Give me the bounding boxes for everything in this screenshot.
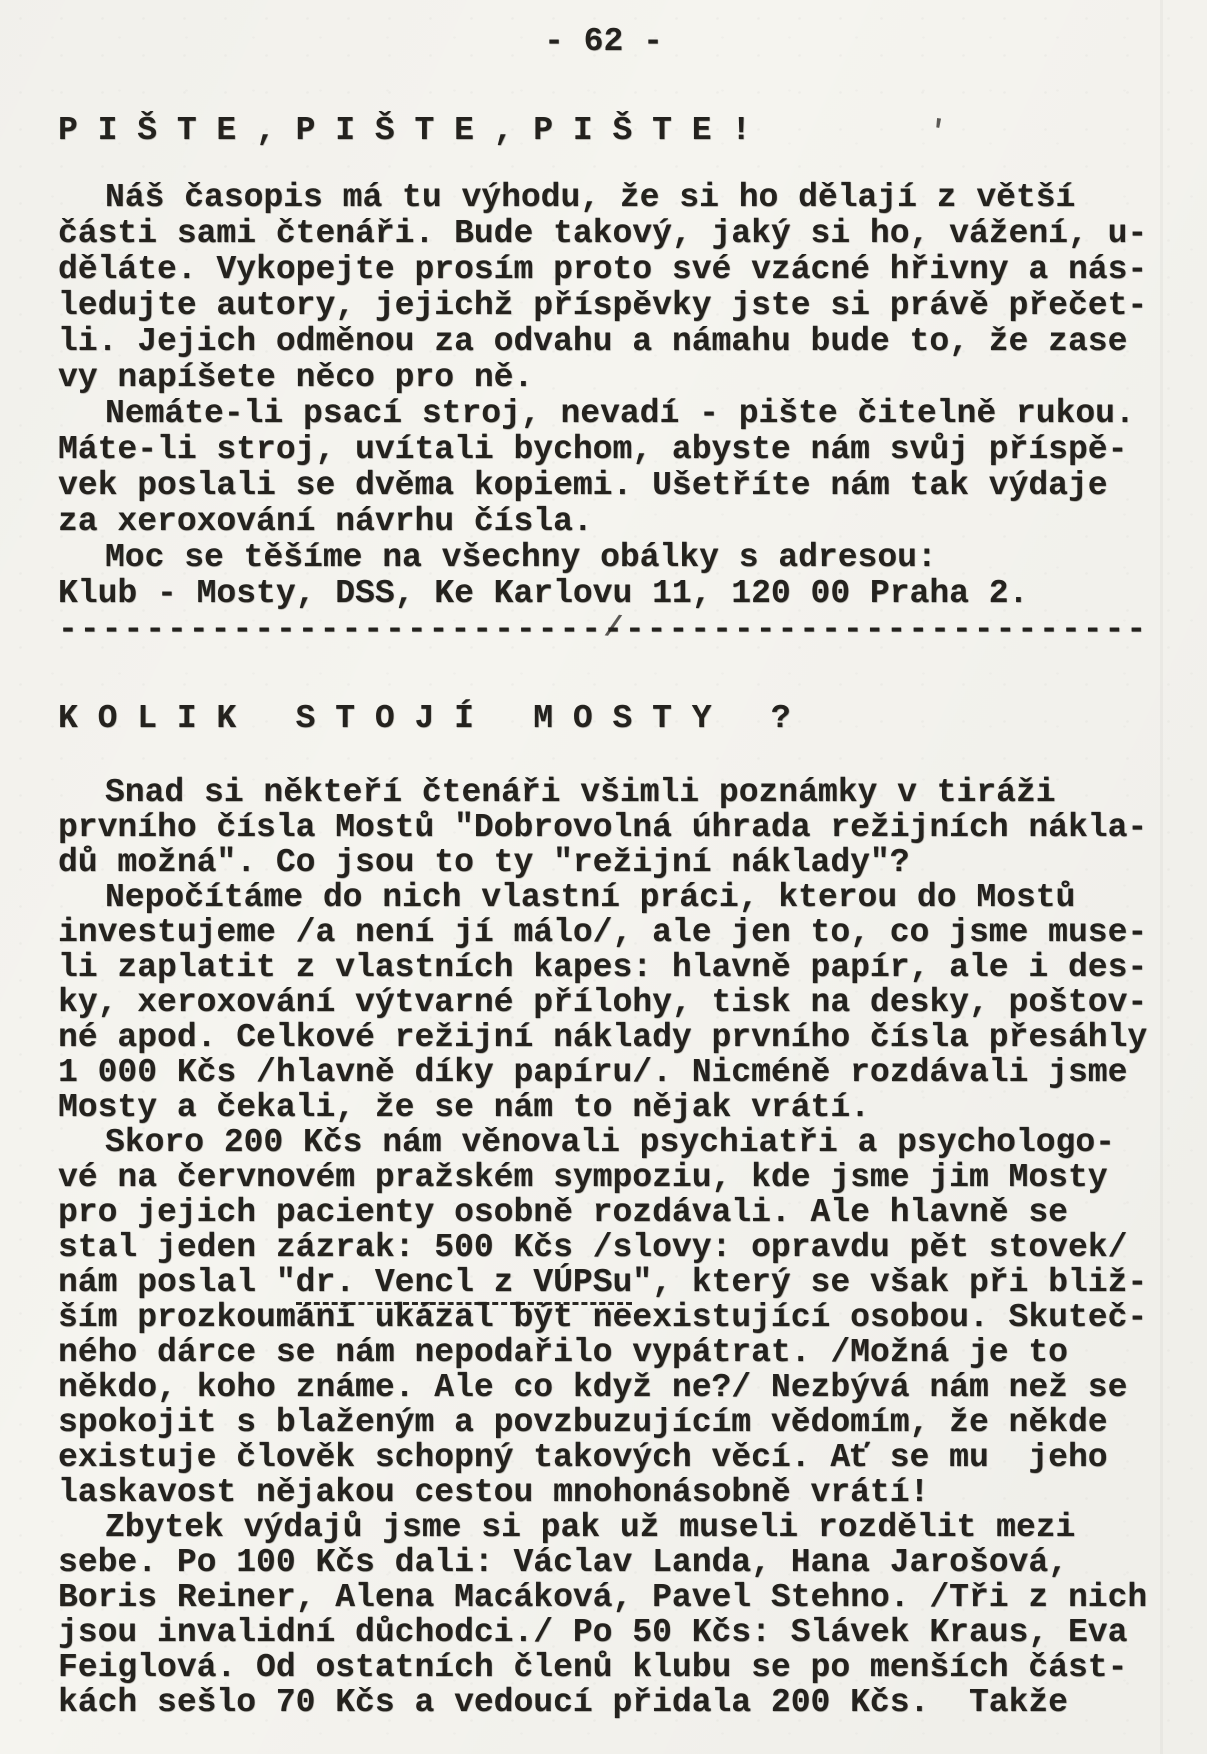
- text-line: dů možná". Co jsou to ty "režijní náklad…: [58, 845, 1147, 880]
- scan-artifact-apostrophe: ': [926, 115, 949, 151]
- text-line: za xeroxování návrhu čísla.: [58, 504, 1148, 540]
- text-line: stal jeden zázrak: 500 Kčs /slovy: oprav…: [58, 1230, 1147, 1265]
- section2-heading: K O L I K S T O J Í M O S T Y ?: [58, 700, 791, 738]
- text-line: Feiglová. Od ostatních členů klubu se po…: [58, 1650, 1147, 1685]
- text-line: ného dárce se nám nepodařilo vypátrat. /…: [58, 1335, 1147, 1370]
- text-line: laskavost nějakou cestou mnohonásobně vr…: [58, 1475, 1147, 1510]
- text-line: investujeme /a není jí málo/, ale jen to…: [58, 915, 1147, 950]
- text-line: Boris Reiner, Alena Macáková, Pavel Steh…: [58, 1580, 1147, 1615]
- text-line: Mosty a čekali, že se nám to nějak vrátí…: [58, 1090, 1147, 1125]
- text-line: sebe. Po 100 Kčs dali: Václav Landa, Han…: [58, 1545, 1147, 1580]
- text-line: vé na červnovém pražském sympoziu, kde j…: [58, 1160, 1147, 1195]
- text-line: Snad si někteří čtenáři všimli poznámky …: [58, 775, 1147, 810]
- text-line: Máte-li stroj, uvítali bychom, abyste ná…: [58, 432, 1148, 468]
- text-line: vy napíšete něco pro ně.: [58, 360, 1148, 396]
- text-line: li. Jejich odměnou za odvahu a námahu bu…: [58, 324, 1148, 360]
- text-line: ky, xeroxování výtvarné přílohy, tisk na…: [58, 985, 1147, 1020]
- section1-heading: P I Š T E , P I Š T E , P I Š T E !: [58, 112, 751, 150]
- text-line: existuje člověk schopný takových věcí. A…: [58, 1440, 1147, 1475]
- address-line: Klub - Mosty, DSS, Ke Karlovu 11, 120 00…: [58, 576, 1148, 612]
- page-number: - 62 -: [0, 24, 1207, 60]
- text-line: 1 000 Kčs /hlavně díky papíru/. Nicméně …: [58, 1055, 1147, 1090]
- text-line: li zaplatit z vlastních kapes: hlavně pa…: [58, 950, 1147, 985]
- text-line-vupsu: nám poslal "dr. Vencl z VÚPSu", který se…: [58, 1265, 1147, 1300]
- text-line: ším prozkoumání ukázal být neexistující …: [58, 1300, 1147, 1335]
- text-line: ledujte autory, jejichž příspěvky jste s…: [58, 288, 1148, 324]
- text-line: Nemáte-li psací stroj, nevadí - pište či…: [58, 396, 1148, 432]
- text-line: vek poslali se dvěma kopiemi. Ušetříte n…: [58, 468, 1148, 504]
- text-line: prvního čísla Mostů "Dobrovolná úhrada r…: [58, 810, 1147, 845]
- vupsu-pre-text: nám poslal ": [58, 1264, 296, 1301]
- text-line: pro jejich pacienty osobně rozdávali. Al…: [58, 1195, 1147, 1230]
- scan-artifact-slash: /: [602, 611, 623, 647]
- text-line: Moc se těšíme na všechny obálky s adreso…: [58, 540, 1148, 576]
- text-line: někdo, koho známe. Ale co když ne?/ Nezb…: [58, 1370, 1147, 1405]
- text-line: děláte. Vykopejte prosím proto své vzácn…: [58, 252, 1148, 288]
- text-line: části sami čtenáři. Bude takový, jaký si…: [58, 216, 1148, 252]
- text-line: Náš časopis má tu výhodu, že si ho dělaj…: [58, 180, 1148, 216]
- text-line: kách sešlo 70 Kčs a vedoucí přidala 200 …: [58, 1685, 1147, 1720]
- text-line: né apod. Celkové režijní náklady prvního…: [58, 1020, 1147, 1055]
- text-line: Zbytek výdajů jsme si pak už museli rozd…: [58, 1510, 1147, 1545]
- scanned-document-page: - 62 - P I Š T E , P I Š T E , P I Š T E…: [0, 0, 1207, 1754]
- text-line: Skoro 200 Kčs nám věnovali psychiatři a …: [58, 1125, 1147, 1160]
- vupsu-post-text: ", který se však při bliž-: [632, 1264, 1147, 1301]
- section2-body: Snad si někteří čtenáři všimli poznámky …: [58, 775, 1147, 1720]
- paper-crease: [1160, 0, 1163, 1754]
- text-line: Nepočítáme do nich vlastní práci, kterou…: [58, 880, 1147, 915]
- text-line: spokojit s blaženým a povzbuzujícím vědo…: [58, 1405, 1147, 1440]
- section1-body: Náš časopis má tu výhodu, že si ho dělaj…: [58, 180, 1148, 648]
- text-line: jsou invalidní důchodci./ Po 50 Kčs: Slá…: [58, 1615, 1147, 1650]
